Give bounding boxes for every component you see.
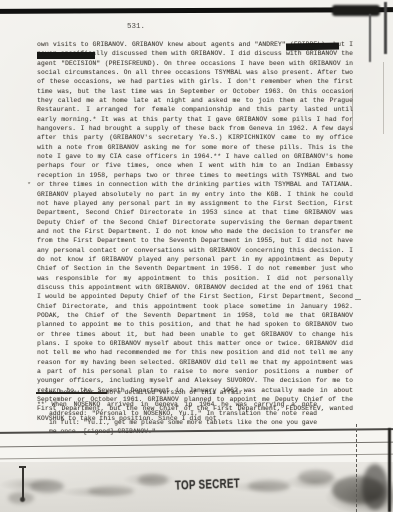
scan-artifact-stroke [384, 2, 387, 54]
smudge-blob [88, 486, 134, 496]
horizontal-rule [0, 454, 393, 460]
scan-edge-right-bar [388, 428, 391, 512]
smudge-blob [30, 480, 64, 493]
margin-asterisk-mark: * [27, 182, 31, 190]
page-number: 531. [127, 23, 145, 31]
pen-arrow-mark [22, 467, 24, 500]
scanned-document-page: 531. own visits to GRIBANOV. GRIBANOV kn… [0, 0, 393, 512]
top-secret-stamp: TOP SECRET [175, 476, 241, 493]
scan-artifact-stroke [369, 14, 371, 62]
footnote-underline-bar [36, 392, 107, 394]
scan-artifact-stroke [383, 62, 384, 134]
scan-fold-line [356, 424, 357, 512]
smudge-blob [362, 464, 388, 510]
redaction-bar [286, 43, 339, 50]
smudge-blob [298, 470, 334, 484]
body-paragraph: own visits to GRIBANOV. GRIBANOV knew ab… [37, 40, 353, 423]
redaction-bar [37, 52, 95, 59]
scan-ink-blob-top-right [332, 5, 380, 16]
horizontal-rule [0, 442, 393, 448]
margin-dash-mark [355, 299, 361, 300]
smudge-blob [248, 480, 290, 492]
smudge-blob [138, 474, 168, 486]
